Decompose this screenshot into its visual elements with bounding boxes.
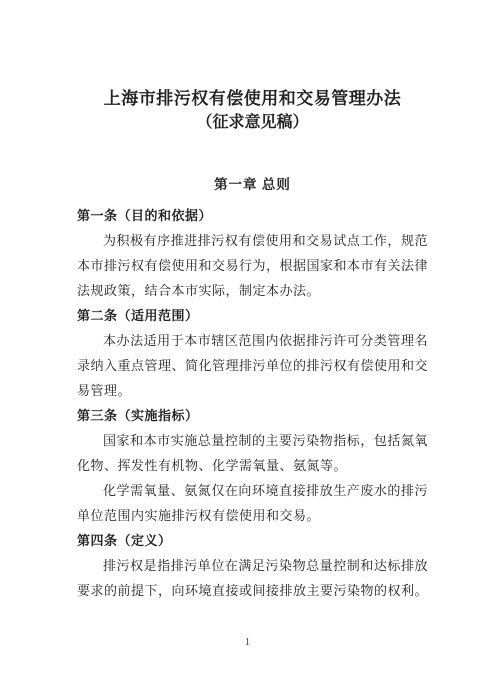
chapter-heading: 第一章 总则 [77, 172, 428, 197]
article-paragraph: 化学需氧量、氨氮仅在向环境直接排放生产废水的排污单位范围内实施排污权有偿使用和交… [77, 478, 428, 528]
article-heading: 第三条（实施指标） [77, 403, 428, 428]
article-heading: 第一条（目的和依据） [77, 203, 428, 228]
article-heading: 第四条（定义） [77, 528, 428, 553]
document-title: 上海市排污权有偿使用和交易管理办法 [77, 88, 428, 110]
article-paragraphs: 为积极有序推进排污权有偿使用和交易试点工作，规范本市排污权有偿使用和交易行为，根… [77, 228, 428, 303]
article-section: 第二条（适用范围） 本办法适用于本市辖区范围内依据排污许可分类管理名录纳入重点管… [77, 303, 428, 403]
article-paragraph: 为积极有序推进排污权有偿使用和交易试点工作，规范本市排污权有偿使用和交易行为，根… [77, 228, 428, 303]
article-paragraph: 本办法适用于本市辖区范围内依据排污许可分类管理名录纳入重点管理、简化管理排污单位… [77, 328, 428, 403]
article-paragraphs: 排污权是指排污单位在满足污染物总量控制和达标排放要求的前提下，向环境直接或间接排… [77, 553, 428, 603]
document-page: 上海市排污权有偿使用和交易管理办法 （征求意见稿） 第一章 总则 第一条（目的和… [0, 0, 495, 699]
article-heading: 第二条（适用范围） [77, 303, 428, 328]
article-paragraph: 国家和本市实施总量控制的主要污染物指标，包括氮氧化物、挥发性有机物、化学需氧量、… [77, 428, 428, 478]
article-paragraphs: 国家和本市实施总量控制的主要污染物指标，包括氮氧化物、挥发性有机物、化学需氧量、… [77, 428, 428, 528]
document-content: 上海市排污权有偿使用和交易管理办法 （征求意见稿） 第一章 总则 第一条（目的和… [77, 0, 428, 603]
page-number: 1 [0, 637, 495, 648]
articles: 第一条（目的和依据） 为积极有序推进排污权有偿使用和交易试点工作，规范本市排污权… [77, 203, 428, 603]
article-paragraphs: 本办法适用于本市辖区范围内依据排污许可分类管理名录纳入重点管理、简化管理排污单位… [77, 328, 428, 403]
document-subtitle: （征求意见稿） [77, 110, 428, 136]
article-paragraph: 排污权是指排污单位在满足污染物总量控制和达标排放要求的前提下，向环境直接或间接排… [77, 553, 428, 603]
article-section: 第四条（定义） 排污权是指排污单位在满足污染物总量控制和达标排放要求的前提下，向… [77, 528, 428, 603]
article-section: 第一条（目的和依据） 为积极有序推进排污权有偿使用和交易试点工作，规范本市排污权… [77, 203, 428, 303]
article-section: 第三条（实施指标） 国家和本市实施总量控制的主要污染物指标，包括氮氧化物、挥发性… [77, 403, 428, 528]
